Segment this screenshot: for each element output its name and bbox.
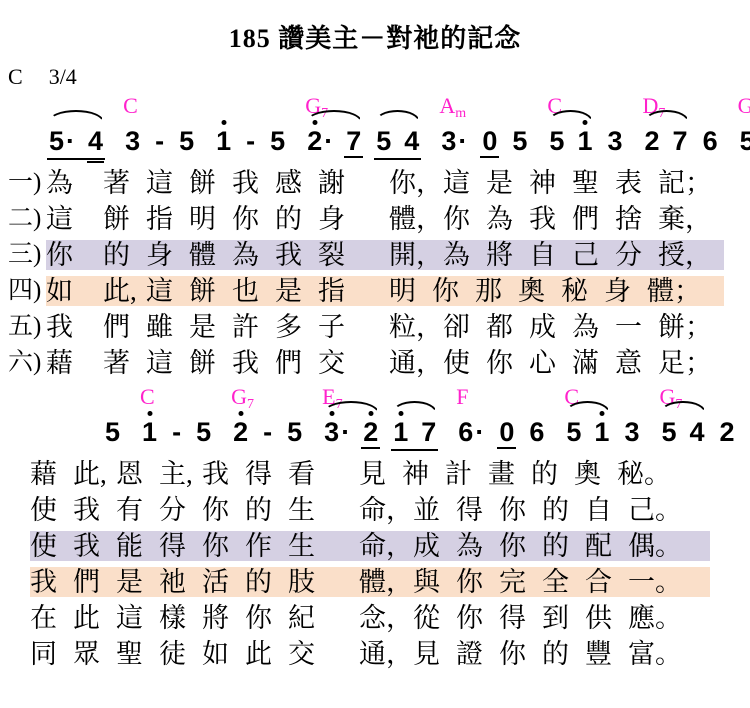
note-group: 54 — [659, 417, 706, 451]
note-digit: 0 — [482, 126, 497, 156]
lyric-char: 神 — [402, 457, 445, 491]
measure: G7542 — [650, 417, 745, 451]
chord-label: C — [140, 386, 155, 408]
note-group: 5 — [268, 126, 287, 160]
lyric-char: 生 — [288, 529, 331, 563]
lyric-char: 表 — [615, 166, 658, 200]
note-digit: 1 — [142, 417, 157, 447]
lyric-char: 恩 — [116, 457, 159, 491]
chord-root: G — [231, 384, 247, 409]
note: 1 — [592, 417, 611, 449]
note-digit: 0 — [499, 417, 514, 447]
lyrics-block-1: 一)為著這餅我感謝你，這是神聖表記；二)這餅指明你的身體，你為我們捨棄，三)你的… — [0, 165, 750, 381]
lyric-char: 體， — [359, 565, 413, 599]
note-group: 2 — [718, 417, 737, 451]
note: 5 — [374, 126, 393, 158]
lyric-char: 你 — [46, 238, 89, 272]
measure: C513 — [538, 126, 633, 160]
note-digit: 5 — [740, 126, 750, 156]
lyric-char: 你 — [456, 601, 499, 635]
lyric-char: 們 — [103, 310, 146, 344]
key-time-row: C3/4 — [8, 64, 750, 90]
note-digit: 1 — [216, 126, 231, 156]
lyric-char: 的 — [103, 238, 146, 272]
lyric-char: 身 — [604, 274, 647, 308]
lyric-char: 你 — [456, 565, 499, 599]
note: 5· — [47, 126, 77, 158]
note: 5 — [268, 126, 287, 158]
lyric-char: 你 — [499, 493, 542, 527]
lyric-char: 身 — [318, 202, 361, 236]
lyric-line: 藉著這餅我們交通，使你心滿意足； — [46, 345, 724, 381]
lyric-char: 你 — [232, 202, 275, 236]
lyric-char: 此 — [73, 601, 116, 635]
lyric-char: 許 — [232, 310, 275, 344]
lyric-char: 同 — [30, 637, 73, 671]
chord-label: F — [456, 386, 468, 408]
highlighted-lyric-line: 使我能得你作生命，成為你的配偶。 — [30, 528, 710, 564]
note-group: 1 — [214, 126, 233, 160]
lyric-char: 神 — [529, 166, 572, 200]
lyric-line: 我們雖是許多子粒，卻都成為一餅； — [46, 309, 724, 345]
lyric-row: 藉此,恩主,我得看見神計畫的奧秘。 — [30, 456, 710, 492]
lyric-char: 使 — [443, 346, 486, 380]
lyric-row: 使我有分你的生命，並得你的自己。 — [30, 492, 710, 528]
measure: D7276 — [634, 126, 729, 160]
dot-after: · — [458, 126, 467, 156]
lyrics-block-2: 藉此,恩主,我得看見神計畫的奧秘。使我有分你的生命，並得你的自己。使我能得你作生… — [0, 456, 750, 672]
lyric-char: 己。 — [628, 493, 682, 527]
lyric-char: 己 — [572, 238, 615, 272]
lyric-char: 我 — [529, 202, 572, 236]
note: 2 — [718, 417, 737, 449]
octave-dot-icon — [329, 411, 334, 416]
lyric-char: 分 — [159, 493, 202, 527]
hymn-sheet-page: 185 讚美主－對祂的記念 C3/4 5·4C3-51-5G72·754Am3·… — [0, 0, 750, 708]
lyric-char: 為 — [232, 238, 275, 272]
note-digit: 4 — [690, 417, 705, 447]
lyric-char: 我 — [202, 457, 245, 491]
chord-root: C — [140, 384, 155, 409]
lyric-char: 從 — [413, 601, 456, 635]
lyric-char: 偶。 — [628, 529, 682, 563]
lyric-char: 一 — [615, 310, 658, 344]
lyric-char: 自 — [585, 493, 628, 527]
lyric-char: 應。 — [628, 601, 682, 635]
lyric-char: 完 — [499, 565, 542, 599]
note-group: 5 — [194, 417, 213, 451]
chord-root: F — [456, 384, 468, 409]
lyric-char: 體， — [389, 202, 443, 236]
lyric-char: 將 — [486, 238, 529, 272]
lyric-char: 開， — [389, 238, 443, 272]
note: 0 — [497, 417, 516, 449]
lyric-char: 此 — [245, 637, 288, 671]
lyric-char: 是 — [189, 310, 232, 344]
measure: C513 — [555, 417, 650, 451]
note-group: 0 — [480, 126, 499, 160]
lyric-char: 你 — [202, 493, 245, 527]
lyric-char: 供 — [585, 601, 628, 635]
lyric-char: 到 — [542, 601, 585, 635]
lyric-char: 這 — [46, 202, 89, 236]
dash-note: - — [170, 417, 183, 449]
score-line-1: 5·4C3-51-5G72·754Am3·05C513D7276G5·0 — [0, 124, 750, 160]
lyric-char: 身 — [146, 238, 189, 272]
dash-note: - — [261, 417, 274, 449]
note-digit: 2 — [645, 126, 660, 156]
lyric-char: 為 — [572, 310, 615, 344]
lyric-char: 得 — [159, 529, 202, 563]
measure: G5·0 — [729, 126, 750, 160]
chord-root: A — [439, 93, 455, 118]
note-group: 0 — [497, 417, 516, 451]
lyric-char: 命， — [359, 493, 413, 527]
lyric-char: 卻 — [443, 310, 486, 344]
lyric-char: 體； — [647, 274, 701, 308]
lyric-char: 多 — [275, 310, 318, 344]
chord-label: Am — [439, 95, 466, 125]
lyric-char: 餅 — [103, 202, 146, 236]
lyric-row: 三)你的身體為我裂開，為將自己分授， — [0, 237, 724, 273]
note-digit: 4 — [88, 126, 103, 156]
lyric-char: 秘 — [561, 274, 604, 308]
lyric-row: 一)為著這餅我感謝你，這是神聖表記； — [0, 165, 724, 201]
measure: 1-5 — [205, 126, 296, 160]
note-group: 5 — [103, 417, 122, 451]
note-digit: 2 — [233, 417, 248, 447]
lyric-char: 謝 — [318, 166, 361, 200]
lyric-char: 自 — [529, 238, 572, 272]
note-digit: 7 — [673, 126, 688, 156]
lyric-char: 我 — [73, 529, 116, 563]
lyric-char: 我 — [73, 493, 116, 527]
lyric-char: 這 — [146, 166, 189, 200]
lyric-char: 這 — [116, 601, 159, 635]
note-group: 6· — [456, 417, 486, 451]
note-digit: 3 — [624, 417, 639, 447]
note: 2 — [361, 417, 380, 449]
lyric-char: 明 — [189, 202, 232, 236]
measure: C1-5 — [131, 417, 222, 451]
highlighted-lyric-line: 你的身體為我裂開，為將自己分授， — [46, 237, 724, 273]
note-digit: 5 — [105, 417, 120, 447]
lyric-char: 那 — [475, 274, 518, 308]
note-digit: 5 — [549, 126, 564, 156]
lyric-char: 你 — [499, 529, 542, 563]
octave-dot-icon — [238, 411, 243, 416]
lyric-char: 命， — [359, 529, 413, 563]
lyric-line: 為著這餅我感謝你，這是神聖表記； — [46, 165, 724, 201]
lyric-char: 我 — [232, 166, 275, 200]
note-digit: 7 — [346, 126, 361, 156]
lyric-char: 你， — [389, 166, 443, 200]
lyric-char: 的 — [531, 457, 574, 491]
lyric-char: 為 — [443, 238, 486, 272]
note: 1 — [391, 417, 410, 449]
lyric-char: 著 — [103, 166, 146, 200]
lyric-char: 的 — [542, 529, 585, 563]
lyric-char: 這 — [146, 346, 189, 380]
lyric-char: 得 — [499, 601, 542, 635]
lyric-row: 六)藉著這餅我們交通，使你心滿意足； — [0, 345, 724, 381]
octave-dot-icon — [312, 120, 317, 125]
lyric-char: 們 — [275, 346, 318, 380]
note: 4 — [402, 126, 421, 158]
dash-note: - — [153, 126, 166, 158]
note: 6· — [456, 417, 486, 449]
highlighted-lyric-line: 我們是祂活的肢體，與你完全合一。 — [30, 564, 710, 600]
lyric-char: 們 — [572, 202, 615, 236]
note-group: - — [153, 126, 166, 160]
note-group: 3 — [123, 126, 142, 160]
verse-number: 三) — [8, 238, 46, 272]
lyric-row: 同眾聖徒如此交通，見證你的豐富。 — [30, 636, 710, 672]
note-group: 6 — [527, 417, 546, 451]
note: 5 — [510, 126, 529, 158]
lyric-char: 都 — [486, 310, 529, 344]
note-group: 3· — [439, 126, 469, 160]
slur-arc-icon — [660, 401, 705, 413]
lyric-row: 使我能得你作生命，成為你的配偶。 — [30, 528, 710, 564]
lyric-char: 證 — [456, 637, 499, 671]
lyric-char: 為 — [456, 529, 499, 563]
lyric-char: 能 — [116, 529, 159, 563]
lyric-char: 餅 — [189, 346, 232, 380]
lyric-char: 全 — [542, 565, 585, 599]
note-group: 3 — [605, 126, 624, 160]
lyric-char: 見 — [359, 457, 402, 491]
note-digit: 7 — [421, 417, 436, 447]
lyric-char: 的 — [245, 565, 288, 599]
lyric-char: 主, — [159, 457, 202, 491]
lyric-char: 此, — [73, 457, 116, 491]
note-group: 5 — [510, 126, 529, 160]
lyric-char: 你 — [499, 637, 542, 671]
lyric-char: 的 — [275, 202, 318, 236]
lyric-char: 徒 — [159, 637, 202, 671]
note-digit: - — [172, 417, 181, 447]
note-group: - — [261, 417, 274, 451]
measure: G72-5 — [222, 417, 313, 451]
note: 7 — [419, 417, 438, 449]
slur-arc-icon — [375, 110, 420, 122]
octave-dot-icon — [582, 120, 587, 125]
chord-subscript: m — [455, 106, 466, 121]
note-group: 51 — [547, 126, 594, 160]
lyric-char: 這 — [443, 166, 486, 200]
note-digit: 3 — [607, 126, 622, 156]
lyric-char: 得 — [456, 493, 499, 527]
lyric-char: 一。 — [628, 565, 682, 599]
note-digit: 5 — [270, 126, 285, 156]
lyric-char: 明 — [389, 274, 432, 308]
note: 5 — [564, 417, 583, 449]
lyric-char: 通， — [389, 346, 443, 380]
lyric-char: 交 — [288, 637, 331, 671]
note: 7 — [671, 126, 690, 158]
note-digit: 6 — [703, 126, 718, 156]
page-title: 185 讚美主－對祂的記念 — [0, 0, 750, 54]
lyric-char: 有 — [116, 493, 159, 527]
verse-number: 五) — [8, 310, 46, 344]
chord-root: G — [738, 93, 750, 118]
octave-dot-icon — [368, 411, 373, 416]
time-signature: 3/4 — [49, 64, 77, 89]
lyric-row: 四)如此,這餅也是指明你那奧秘身體； — [0, 273, 724, 309]
lyric-char: 祂 — [159, 565, 202, 599]
lyric-char: 這 — [146, 274, 189, 308]
lyric-char: 你 — [432, 274, 475, 308]
lyric-char: 裂 — [318, 238, 361, 272]
note-group: 3 — [622, 417, 641, 451]
octave-dot-icon — [398, 411, 403, 416]
lyric-char: 是 — [275, 274, 318, 308]
note-digit: 1 — [393, 417, 408, 447]
measure: 5·4 — [38, 126, 114, 160]
note: 6 — [527, 417, 546, 449]
note-group: 51 — [564, 417, 611, 451]
note: 2· — [305, 126, 335, 158]
note-digit: 5 — [49, 126, 64, 156]
note: 3 — [622, 417, 641, 449]
lyric-row: 在此這樣將你紀念，從你得到供應。 — [30, 600, 710, 636]
lyric-char: 使 — [30, 529, 73, 563]
lyric-char: 藉 — [46, 346, 89, 380]
note: 3· — [439, 126, 469, 158]
note: 1 — [140, 417, 159, 449]
lyric-char: 作 — [245, 529, 288, 563]
measure: F6·06 — [447, 417, 555, 451]
octave-dot-icon — [221, 120, 226, 125]
lyric-char: 富。 — [628, 637, 682, 671]
lyric-char: 聖 — [116, 637, 159, 671]
note: 7 — [344, 126, 363, 158]
note: 1 — [575, 126, 594, 158]
lyric-char: 雖 — [146, 310, 189, 344]
lyric-char: 的 — [245, 493, 288, 527]
note-group: 3·2 — [322, 417, 380, 451]
lyric-char: 我 — [30, 565, 73, 599]
note: 5 — [285, 417, 304, 449]
lyric-char: 看 — [288, 457, 331, 491]
measure: Am3·05 — [430, 126, 538, 160]
lyric-char: 們 — [73, 565, 116, 599]
lyric-char: 與 — [413, 565, 456, 599]
lyric-char: 你 — [443, 202, 486, 236]
lyric-char: 念， — [359, 601, 413, 635]
lyric-char: 紀 — [288, 601, 331, 635]
note-group: 27 — [643, 126, 690, 160]
lyric-char: 棄， — [658, 202, 712, 236]
lyric-char: 你 — [486, 346, 529, 380]
lyric-char: 使 — [30, 493, 73, 527]
lyric-char: 並 — [413, 493, 456, 527]
note-group: 2·7 — [305, 126, 363, 160]
lyric-char: 體 — [189, 238, 232, 272]
lyric-char: 感 — [275, 166, 318, 200]
note-group: 5· — [738, 126, 750, 160]
score-line-2: 5C1-5G72-5E73·217F6·06C513G7542C1- — [0, 415, 750, 451]
note-digit: 5 — [179, 126, 194, 156]
lyric-char: 是 — [116, 565, 159, 599]
note-digit: 5 — [566, 417, 581, 447]
chord-root: C — [123, 93, 138, 118]
lyric-char: 授， — [658, 238, 712, 272]
lyric-char: 餅 — [189, 166, 232, 200]
measure: 5 — [94, 417, 131, 451]
lyric-char: 樣 — [159, 601, 202, 635]
note-group: - — [244, 126, 257, 160]
note-digit: 5 — [287, 417, 302, 447]
note: 1 — [214, 126, 233, 158]
note-digit: 5 — [376, 126, 391, 156]
lyric-char: 餅 — [189, 274, 232, 308]
lyric-char: 成 — [529, 310, 572, 344]
lyric-char: 我 — [275, 238, 318, 272]
note: 6 — [701, 126, 720, 158]
note-digit: - — [246, 126, 255, 156]
key-signature: C — [8, 64, 23, 89]
note: 5 — [547, 126, 566, 158]
lyric-char: 豐 — [585, 637, 628, 671]
lyric-char: 滿 — [572, 346, 615, 380]
lyric-line: 這餅指明你的身體，你為我們捨棄， — [46, 201, 724, 237]
dot-after: · — [341, 417, 350, 447]
note: 5 — [177, 126, 196, 158]
lyric-row: 我們是祂活的肢體，與你完全合一。 — [30, 564, 710, 600]
note-digit: 5 — [512, 126, 527, 156]
lyric-char: 此, — [103, 274, 146, 308]
dot-after: · — [475, 417, 484, 447]
note: 2 — [231, 417, 250, 449]
lyric-char: 肢 — [288, 565, 331, 599]
lyric-char: 我 — [232, 346, 275, 380]
note-group: 5 — [177, 126, 196, 160]
dot-after: · — [324, 126, 333, 156]
note-digit: 3 — [125, 126, 140, 156]
dash-note: - — [244, 126, 257, 158]
note-digit: 2 — [307, 126, 322, 156]
lyric-row: 五)我們雖是許多子粒，卻都成為一餅； — [0, 309, 724, 345]
lyric-char: 你 — [202, 529, 245, 563]
note-digit: 6 — [529, 417, 544, 447]
note: 3 — [605, 126, 624, 158]
octave-dot-icon — [147, 411, 152, 416]
note-digit: 4 — [404, 126, 419, 156]
note-digit: 3 — [324, 417, 339, 447]
lyric-char: 捨 — [615, 202, 658, 236]
lyric-char: 見 — [413, 637, 456, 671]
lyric-char: 為 — [486, 202, 529, 236]
lyric-char: 是 — [486, 166, 529, 200]
note: 5 — [194, 417, 213, 449]
lyric-char: 指 — [146, 202, 189, 236]
lyric-char: 成 — [413, 529, 456, 563]
lyric-char: 藉 — [30, 457, 73, 491]
lyric-char: 我 — [46, 310, 89, 344]
chord-label: C — [123, 95, 138, 117]
lyric-line: 藉此,恩主,我得看見神計畫的奧秘。 — [30, 456, 710, 492]
lyric-char: 得 — [245, 457, 288, 491]
measure: C3-5 — [114, 126, 205, 160]
lyric-char: 配 — [585, 529, 628, 563]
note-group: - — [170, 417, 183, 451]
note: 2 — [643, 126, 662, 158]
note-digit: - — [263, 417, 272, 447]
note-digit: 5 — [661, 417, 676, 447]
note-digit: 3 — [441, 126, 456, 156]
